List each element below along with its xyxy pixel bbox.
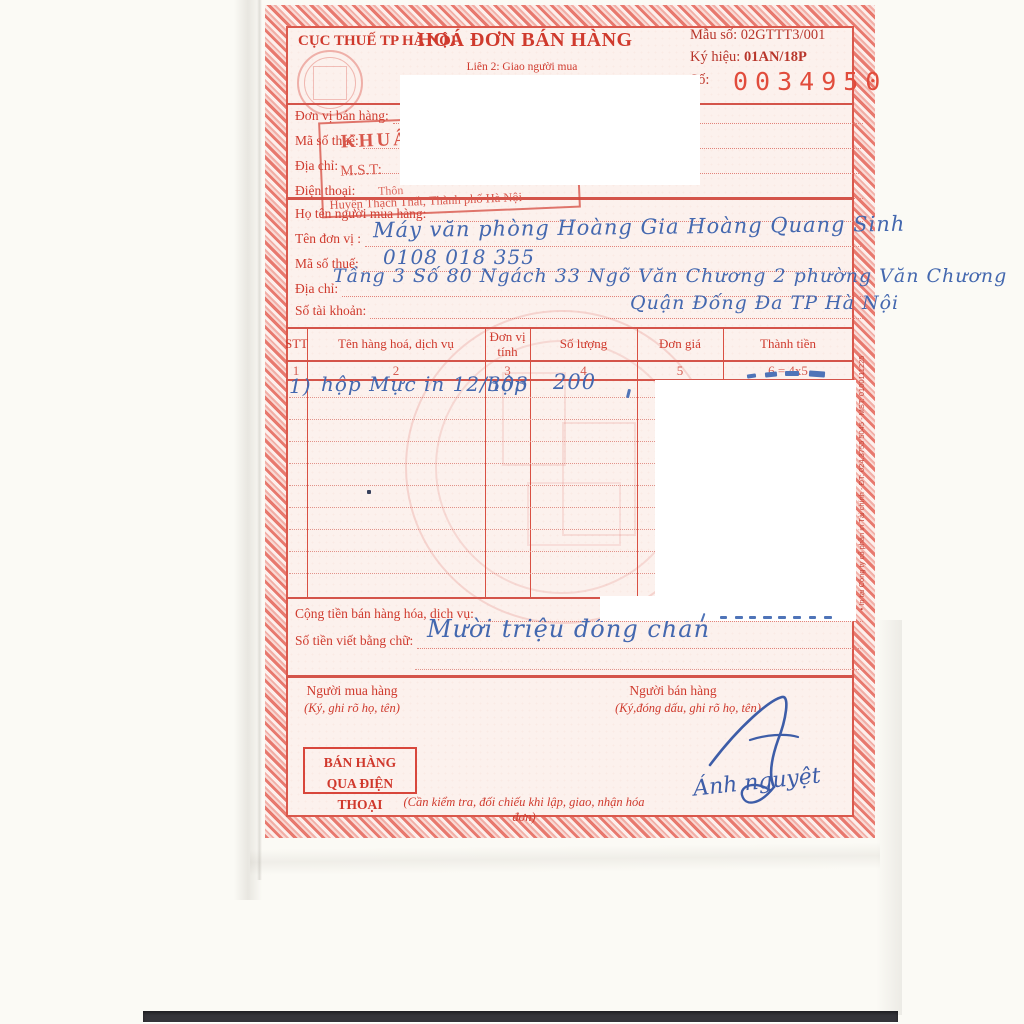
scanned-invoice-page: { "invoice": { "accent_red": "#cf3a2d", … <box>0 0 1024 1024</box>
ink-remnant <box>793 616 801 619</box>
redaction-box-total <box>600 596 856 621</box>
ink-remnant <box>720 616 727 619</box>
buyer-unit-label: Tên đơn vị : <box>295 231 361 247</box>
col-header-stt: STT <box>285 336 307 351</box>
row1-qty-handwriting: 200 <box>553 370 596 394</box>
serial-value: 01AN/18P <box>744 49 807 65</box>
buyer-sign-subtitle: (Ký, ghi rõ họ, tên) <box>287 701 417 716</box>
serial-line: Ký hiệu: 01AN/18P <box>690 49 807 66</box>
verification-note: (Cần kiểm tra, đối chiếu khi lập, giao, … <box>394 795 654 825</box>
buyer-address-label: Địa chỉ: <box>295 281 338 297</box>
invoice-title: HOÁ ĐƠN BÁN HÀNG <box>400 29 650 52</box>
printer-info-vertical-text: ▪ In tại Công ty cổ phần in Tài chính - … <box>857 328 869 638</box>
buyer-sign-title: Người mua hàng <box>287 683 417 699</box>
form-number-value: 02GTTT3/001 <box>741 27 826 43</box>
form-number-label: Mẫu số: <box>690 27 737 43</box>
paper-crease-line <box>257 0 262 880</box>
seller-stamp-mst: M.S.T: <box>340 162 382 181</box>
paper-wrinkle-shadow <box>250 843 880 876</box>
ink-remnant <box>778 616 786 619</box>
buyer-address2-handwriting: Quận Đống Đa TP Hà Nội <box>630 292 899 314</box>
ink-remnant <box>735 616 743 619</box>
amount-words-label: Số tiền viết bằng chữ: <box>295 633 413 649</box>
ink-remnant <box>785 371 799 376</box>
form-number-line: Mẫu số: 02GTTT3/001 <box>690 27 825 44</box>
buyer-account-label: Số tài khoản: <box>295 303 366 319</box>
scanner-dark-band <box>143 1011 898 1022</box>
phone-sale-stamp-line1: BÁN HÀNG <box>305 752 415 773</box>
invoice-copy-line: Liên 2: Giao người mua <box>397 61 647 73</box>
ink-speck <box>367 490 371 494</box>
invoice-form: CỤC THUẾ TP HÀ NỘI HOÁ ĐƠN BÁN HÀNG Liên… <box>265 5 875 838</box>
buyer-address-handwriting: Tầng 3 Số 80 Ngách 33 Ngõ Văn Chương 2 p… <box>333 265 1007 287</box>
seller-stamp-district: Huyện Thạch Thất, Thành phố Hà Nội <box>329 190 522 213</box>
ink-remnant <box>749 616 756 619</box>
row1-unit-handwriting: hộp <box>487 372 528 396</box>
col-header-amount: Thành tiền <box>723 336 853 351</box>
redaction-box-seller <box>400 75 700 185</box>
serial-label: Ký hiệu: <box>690 49 740 65</box>
phone-sale-stamp: BÁN HÀNG QUA ĐIỆN THOẠI <box>303 747 417 794</box>
row1-stt-handwriting: 1) <box>289 374 312 398</box>
ink-remnant <box>809 370 825 377</box>
section-divider <box>286 675 854 678</box>
redaction-box-amounts <box>655 380 856 598</box>
blank-dotted-line <box>415 669 863 670</box>
paper-edge-shadow <box>876 620 902 1015</box>
invoice-number: 0034950 <box>733 67 887 96</box>
ink-remnant <box>809 616 816 619</box>
ink-remnant <box>824 616 832 619</box>
ink-remnant <box>763 616 772 619</box>
